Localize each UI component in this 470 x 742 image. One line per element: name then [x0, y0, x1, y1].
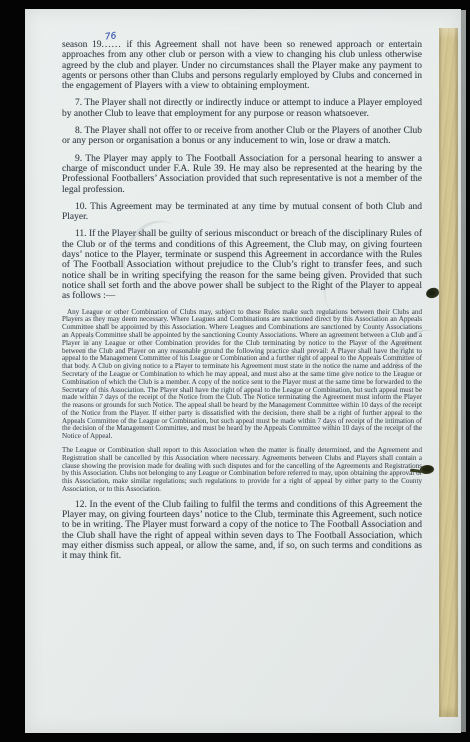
clause-11-number: 11.	[75, 229, 87, 239]
clause-10-number: 10.	[75, 202, 87, 212]
ink-blot-top	[425, 287, 440, 299]
clause-11: 11. If the Player shall be guilty of ser…	[62, 229, 422, 301]
agreement-page: season 1976...... if this Agreement shal…	[25, 9, 461, 733]
clause-8-number: 8.	[75, 126, 82, 136]
association-report-fine-print: The League or Combination shall report t…	[62, 447, 422, 494]
clause-10: 10. This Agreement may be terminated at …	[62, 202, 422, 223]
clause-8: 8. The Player shall not offer to or rece…	[62, 126, 422, 147]
clause-6-continuation: season 1976...... if this Agreement shal…	[62, 40, 422, 91]
appeal-regulations-fine-print: Any League or other Combination of Clubs…	[62, 309, 422, 442]
clause-8-text: The Player shall not offer to or receive…	[62, 126, 422, 146]
clause-7-number: 7.	[75, 98, 82, 108]
clause-11-text: If the Player shall be guilty of serious…	[62, 229, 422, 301]
clause6-lead-text: season 19	[62, 40, 102, 50]
clause-12-text: In the event of the Club failing to fulf…	[62, 500, 422, 561]
clause-9-text: The Player may apply to The Football Ass…	[62, 154, 422, 195]
clause-12-number: 12.	[75, 500, 87, 510]
clause-9: 9. The Player may apply to The Football …	[62, 154, 422, 195]
clause-7-text: The Player shall not directly or indirec…	[62, 98, 422, 118]
clause-12: 12. In the event of the Club failing to …	[62, 500, 422, 562]
season-year-blank: 76......	[102, 40, 122, 50]
clause-7: 7. The Player shall not directly or indi…	[62, 98, 422, 119]
clause-9-number: 9.	[75, 154, 82, 164]
binding-tape	[439, 28, 458, 717]
page-text-column: season 1976...... if this Agreement shal…	[62, 40, 422, 569]
scanned-document-photo: season 1976...... if this Agreement shal…	[0, 0, 470, 742]
clause-10-text: This Agreement may be terminated at any …	[62, 202, 422, 222]
ink-blot-bottom	[420, 464, 435, 475]
handwritten-year: 76	[104, 31, 117, 43]
